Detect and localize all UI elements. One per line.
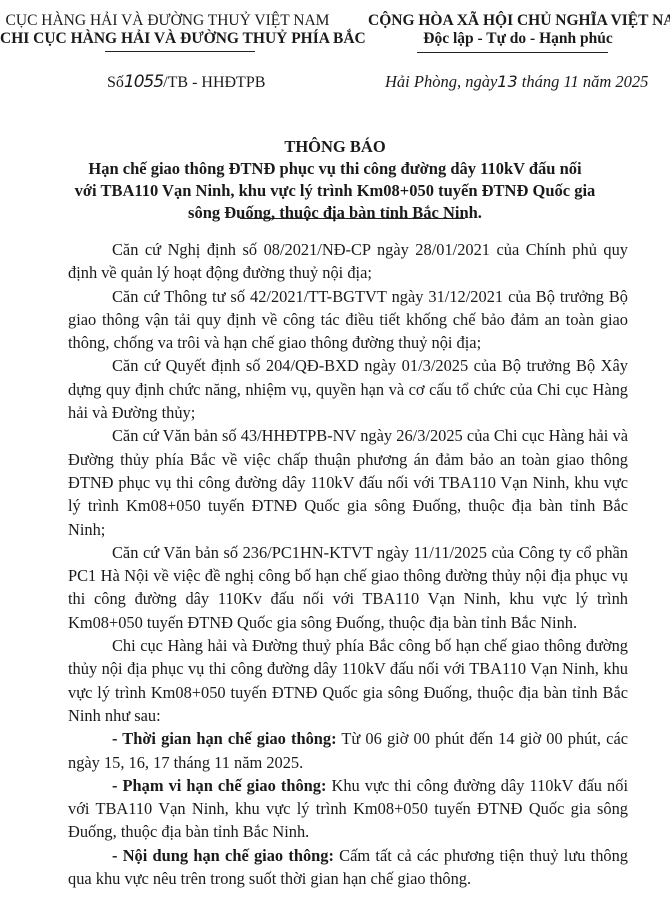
legal-basis: Căn cứ Văn bản số 236/PC1HN-KTVT ngày 11… <box>68 541 628 634</box>
restriction-content: - Nội dung hạn chế giao thông: Cấm tất c… <box>68 844 628 891</box>
restriction-time: - Thời gian hạn chế giao thông: Từ 06 gi… <box>68 727 628 774</box>
notice-subject-line: sông Đuống, thuộc địa bàn tỉnh Bắc Ninh. <box>0 202 670 224</box>
issuing-sub-agency: CHI CỤC HÀNG HẢI VÀ ĐƯỜNG THUỶ PHÍA BẮC <box>0 30 340 48</box>
national-title: CỘNG HÒA XÃ HỘI CHỦ NGHĨA VIỆT NAM <box>368 12 668 30</box>
title-underline <box>240 218 465 219</box>
announcement-paragraph: Chi cục Hàng hải và Đường thuỷ phía Bắc … <box>68 634 628 727</box>
document-number-handwritten: 1055 <box>124 72 163 92</box>
header-right-underline <box>417 52 608 53</box>
document-number-prefix: Số <box>107 74 124 91</box>
issuing-agency: CỤC HÀNG HẢI VÀ ĐƯỜNG THUỶ VIỆT NAM <box>0 12 335 30</box>
header-left-underline <box>105 51 255 52</box>
document-date: Hải Phòng, ngày13 tháng 11 năm 2025 <box>385 72 648 92</box>
legal-basis: Căn cứ Quyết định số 204/QĐ-BXD ngày 01/… <box>68 354 628 424</box>
legal-basis: Căn cứ Văn bản số 43/HHĐTPB-NV ngày 26/3… <box>68 424 628 540</box>
notice-subject-line: với TBA110 Vạn Ninh, khu vực lý trình Km… <box>0 180 670 202</box>
national-motto: Độc lập - Tự do - Hạnh phúc <box>368 30 668 48</box>
date-prefix: Hải Phòng, ngày <box>385 72 497 91</box>
restriction-scope: - Phạm vi hạn chế giao thông: Khu vực th… <box>68 774 628 844</box>
legal-basis: Căn cứ Nghị định số 08/2021/NĐ-CP ngày 2… <box>68 238 628 285</box>
date-day-handwritten: 13 <box>497 72 517 91</box>
restriction-time-label: - Thời gian hạn chế giao thông: <box>112 729 337 748</box>
document-number: Số1055/TB - HHĐTPB <box>107 72 265 92</box>
notice-title: THÔNG BÁO Hạn chế giao thông ĐTNĐ phục v… <box>0 136 670 224</box>
legal-basis: Căn cứ Thông tư số 42/2021/TT-BGTVT ngày… <box>68 285 628 355</box>
notice-body: Căn cứ Nghị định số 08/2021/NĐ-CP ngày 2… <box>68 238 628 890</box>
notice-heading: THÔNG BÁO <box>0 136 670 158</box>
restriction-content-label: - Nội dung hạn chế giao thông: <box>112 846 334 865</box>
document-number-suffix: /TB - HHĐTPB <box>163 74 265 91</box>
date-suffix: tháng 11 năm 2025 <box>518 72 649 91</box>
notice-subject-line: Hạn chế giao thông ĐTNĐ phục vụ thi công… <box>0 158 670 180</box>
restriction-scope-label: - Phạm vi hạn chế giao thông: <box>112 776 326 795</box>
